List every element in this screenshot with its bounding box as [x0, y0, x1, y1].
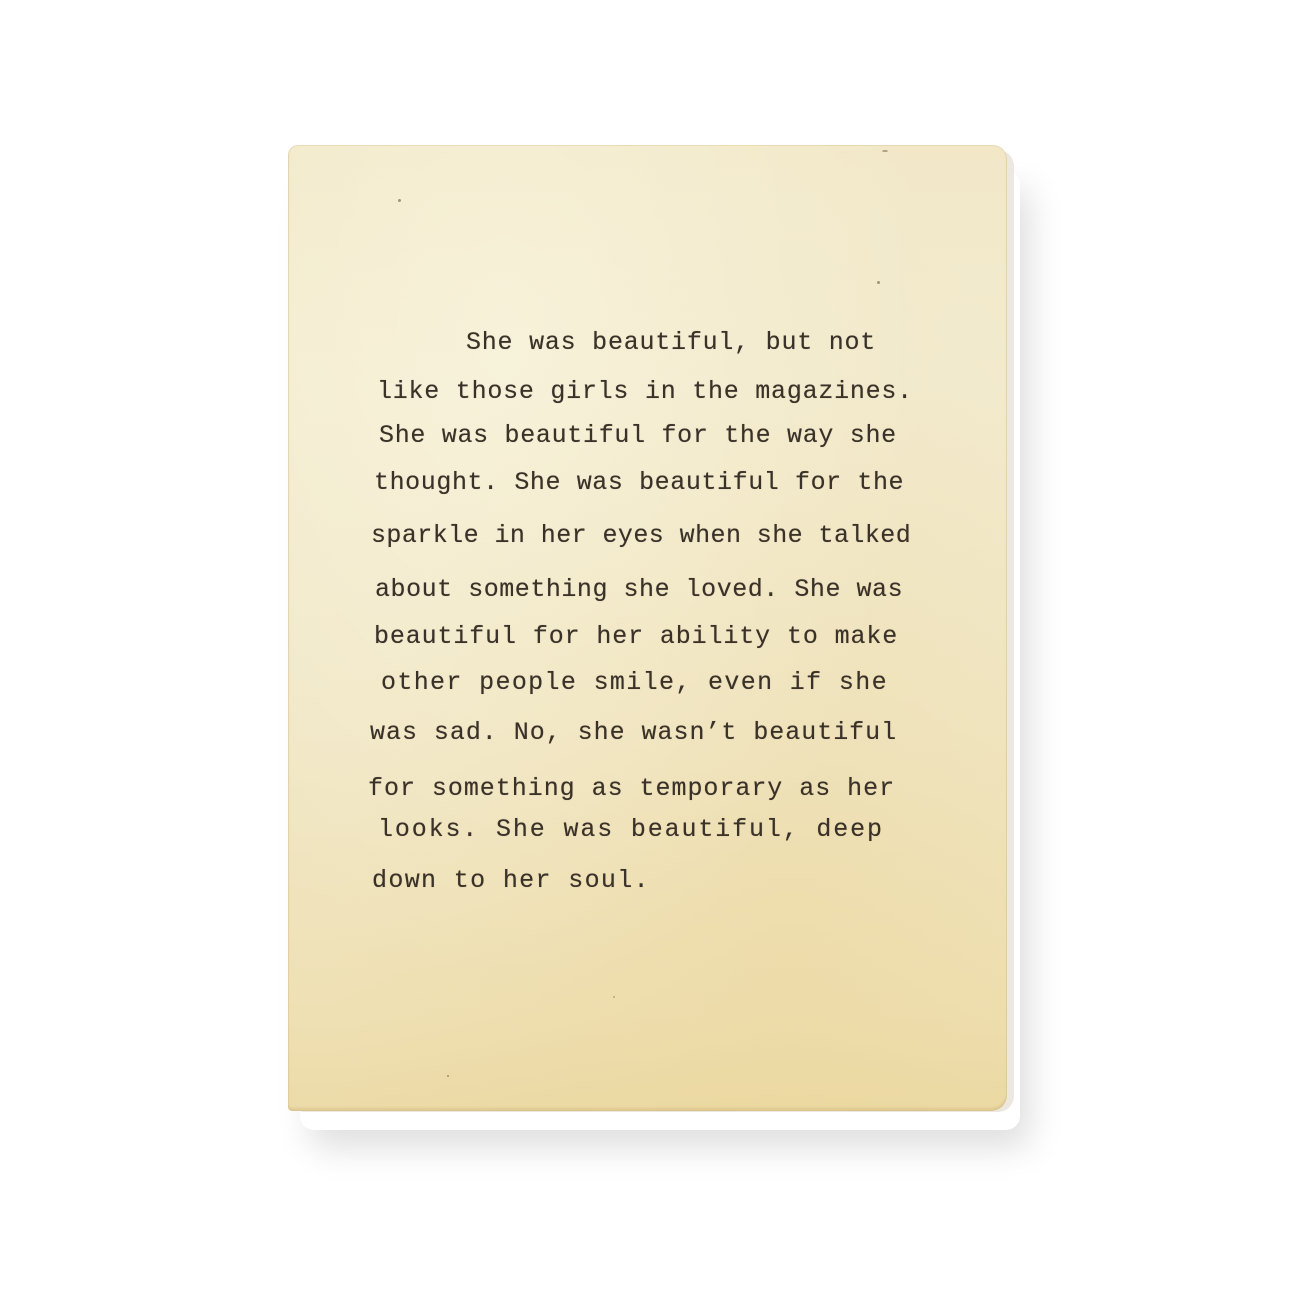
- quote-line: She was beautiful for the way she: [379, 421, 897, 451]
- quote-line: sparkle in her eyes when she talked: [371, 521, 911, 551]
- quote-line: looks. She was beautiful, deep: [378, 815, 884, 845]
- quote-line: like those girls in the magazines.: [377, 377, 913, 407]
- paper-speck: [398, 199, 401, 202]
- quote-line: other people smile, even if she: [381, 668, 888, 698]
- quote-line: for something as temporary as her: [368, 774, 895, 804]
- quote-line: down to her soul.: [372, 866, 650, 896]
- paper-speck: [877, 281, 880, 284]
- quote-line: about something she loved. She was: [375, 575, 903, 605]
- paper-speck: [447, 1075, 449, 1077]
- quote-line: She was beautiful, but not: [466, 328, 876, 358]
- paper-speck: [882, 150, 888, 152]
- product-photo: She was beautiful, but not like those gi…: [0, 0, 1300, 1300]
- quote-line: thought. She was beautiful for the: [374, 468, 904, 498]
- paper-speck: [613, 996, 615, 998]
- quote-line: was sad. No, she wasn’t beautiful: [370, 718, 897, 748]
- quote-line: beautiful for her ability to make: [374, 622, 898, 652]
